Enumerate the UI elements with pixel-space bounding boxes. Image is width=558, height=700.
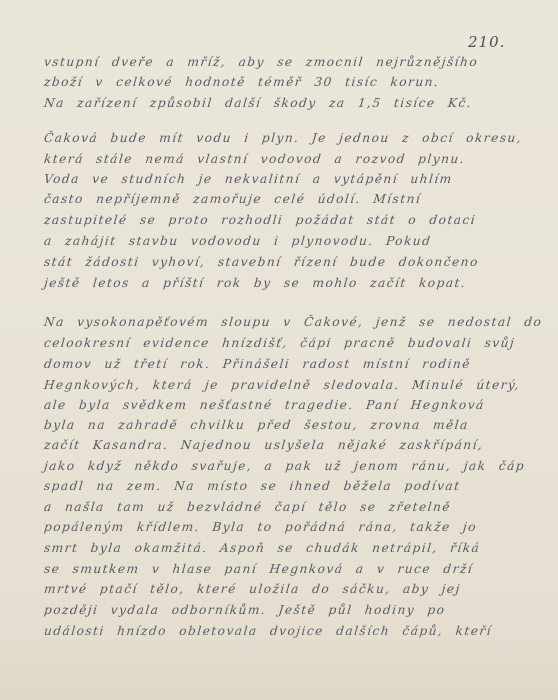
text-line: popáleným křídlem. Byla to pořádná rána,…: [43, 520, 477, 534]
text-line: mrtvé ptačí tělo, které uložila do sáčku…: [43, 582, 461, 596]
text-line: později vydala odborníkům. Ještě půl hod…: [43, 603, 446, 617]
text-line: smrt byla okamžitá. Aspoň se chudák netr…: [43, 541, 481, 555]
manuscript-page: 210. vstupní dveře a mříž, aby se zmocni…: [0, 0, 558, 700]
page-number: 210.: [468, 33, 505, 51]
text-line: Čaková bude mít vodu i plyn. Je jednou z…: [43, 131, 523, 145]
text-line: ale byla svědkem nešťastné tragedie. Pan…: [43, 398, 485, 412]
text-line: stát žádosti vyhoví, stavební řízení bud…: [43, 255, 479, 269]
text-line: byla na zahradě chvilku před šestou, zro…: [43, 418, 469, 432]
text-line: vstupní dveře a mříž, aby se zmocnil nej…: [43, 55, 479, 69]
text-line: se smutkem v hlase paní Hegnková a v ruc…: [43, 562, 474, 576]
text-line: Na zařízení způsobil další škody za 1,5 …: [43, 96, 473, 110]
text-line: Voda ve studních je nekvalitní a vytápěn…: [43, 172, 453, 186]
text-line: často nepříjemně zamořuje celé údolí. Mí…: [43, 192, 422, 206]
text-line: zastupitelé se proto rozhodli požádat st…: [43, 213, 477, 227]
text-line: a našla tam už bezvládné čapí tělo se zř…: [43, 500, 451, 514]
text-line: celookresní evidence hnízdišť, čápi prac…: [43, 336, 516, 350]
text-line: jako když někdo svařuje, a pak už jenom …: [43, 459, 526, 473]
text-line: začít Kasandra. Najednou uslyšela nějaké…: [43, 438, 484, 452]
text-line: Na vysokonapěťovém sloupu v Čakové, jenž…: [43, 315, 543, 329]
text-line: domov už třetí rok. Přinášeli radost mís…: [43, 357, 471, 371]
text-line: zboží v celkové hodnotě téměř 30 tisíc k…: [43, 75, 440, 89]
text-line: která stále nemá vlastní vodovod a rozvo…: [43, 152, 466, 166]
text-line: události hnízdo obletovala dvojice další…: [43, 624, 493, 638]
text-line: Hegnkových, která je pravidelně sledoval…: [43, 378, 520, 392]
text-line: ještě letos a příští rok by se mohlo zač…: [43, 276, 467, 290]
text-line: spadl na zem. Na místo se ihned běžela p…: [43, 479, 461, 493]
text-line: a zahájit stavbu vodovodu i plynovodu. P…: [43, 234, 432, 248]
